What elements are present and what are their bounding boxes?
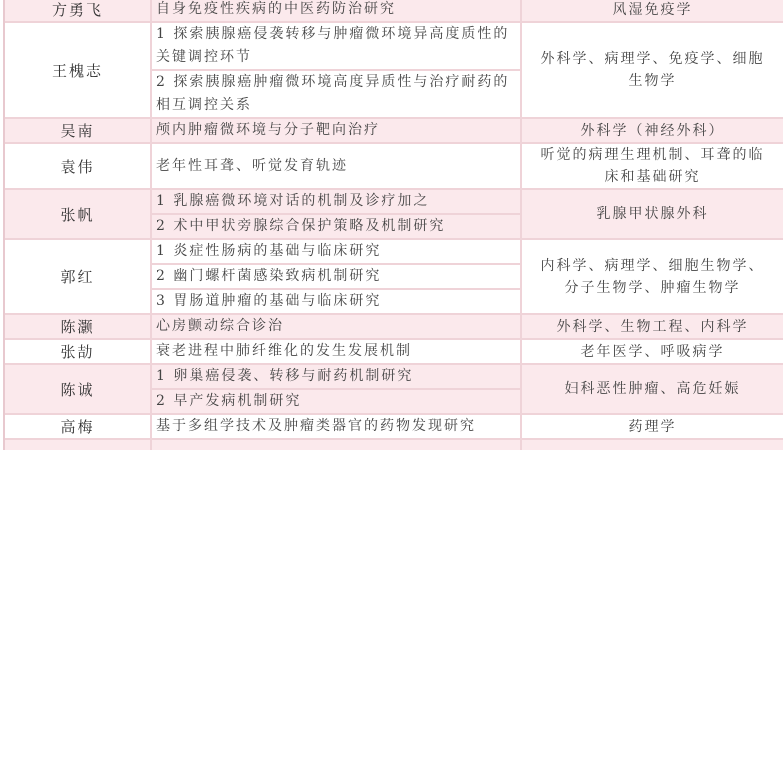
researcher-name: 王槐志 xyxy=(5,23,152,117)
table-row: 陈诚 1 卵巢癌侵袭、转移与耐药机制研究 2 早产发病机制研究 妇科恶性肿瘤、高… xyxy=(5,365,783,415)
research-topic: 自身免疫性疾病的中医药防治研究 xyxy=(152,0,520,21)
researcher-name: 陈诚 xyxy=(5,365,152,413)
research-topics: 1 卵巢癌侵袭、转移与耐药机制研究 2 早产发病机制研究 xyxy=(152,365,522,413)
discipline: 药理学 xyxy=(522,415,783,438)
research-topic: 1 探索胰腺癌侵袭转移与肿瘤微环境异高度质性的关键调控环节 xyxy=(152,23,520,69)
discipline: 听觉的病理生理机制、耳聋的临床和基础研究 xyxy=(522,144,783,188)
table-row: 袁伟 老年性耳聋、听觉发育轨迹 听觉的病理生理机制、耳聋的临床和基础研究 xyxy=(5,144,783,190)
research-topic: 2 探索胰腺癌肿瘤微环境高度异质性与治疗耐药的相互调控关系 xyxy=(152,69,520,117)
table-row: 王槐志 1 探索胰腺癌侵袭转移与肿瘤微环境异高度质性的关键调控环节 2 探索胰腺… xyxy=(5,23,783,119)
table-row: 高梅 基于多组学技术及肿瘤类器官的药物发现研究 药理学 xyxy=(5,415,783,440)
table-cell-empty xyxy=(152,440,522,450)
research-topics: 颅内肿瘤微环境与分子靶向治疗 xyxy=(152,119,522,142)
table-row: 张帆 1 乳腺癌微环境对话的机制及诊疗加之 2 术中甲状旁腺综合保护策略及机制研… xyxy=(5,190,783,240)
researcher-name: 张帆 xyxy=(5,190,152,238)
research-topic: 颅内肿瘤微环境与分子靶向治疗 xyxy=(152,119,520,142)
table-cell-empty xyxy=(522,440,783,450)
table-row: 张劼 衰老进程中肺纤维化的发生发展机制 老年医学、呼吸病学 xyxy=(5,340,783,365)
researcher-name: 方勇飞 xyxy=(5,0,152,21)
table-row: 郭红 1 炎症性肠病的基础与临床研究 2 幽门螺杆菌感染致病机制研究 3 胃肠道… xyxy=(5,240,783,315)
research-topics: 老年性耳聋、听觉发育轨迹 xyxy=(152,144,522,188)
table-cell-empty xyxy=(5,440,152,450)
table-row-partial xyxy=(5,440,783,450)
research-topic: 3 胃肠道肿瘤的基础与临床研究 xyxy=(152,288,520,313)
research-topics: 1 炎症性肠病的基础与临床研究 2 幽门螺杆菌感染致病机制研究 3 胃肠道肿瘤的… xyxy=(152,240,522,313)
research-topics: 心房颤动综合诊治 xyxy=(152,315,522,338)
discipline: 外科学、生物工程、内科学 xyxy=(522,315,783,338)
discipline: 外科学（神经外科） xyxy=(522,119,783,142)
research-topics: 自身免疫性疾病的中医药防治研究 xyxy=(152,0,522,21)
researcher-name: 袁伟 xyxy=(5,144,152,188)
table-row: 吴南 颅内肿瘤微环境与分子靶向治疗 外科学（神经外科） xyxy=(5,119,783,144)
discipline: 外科学、病理学、免疫学、细胞生物学 xyxy=(522,23,783,117)
research-topic: 基于多组学技术及肿瘤类器官的药物发现研究 xyxy=(152,415,520,438)
research-topics: 1 乳腺癌微环境对话的机制及诊疗加之 2 术中甲状旁腺综合保护策略及机制研究 xyxy=(152,190,522,238)
research-topic: 2 幽门螺杆菌感染致病机制研究 xyxy=(152,263,520,288)
researcher-name: 吴南 xyxy=(5,119,152,142)
research-topic: 心房颤动综合诊治 xyxy=(152,315,520,338)
discipline: 乳腺甲状腺外科 xyxy=(522,190,783,238)
researcher-name: 郭红 xyxy=(5,240,152,313)
table-row: 陈灏 心房颤动综合诊治 外科学、生物工程、内科学 xyxy=(5,315,783,340)
researcher-name: 张劼 xyxy=(5,340,152,363)
discipline: 老年医学、呼吸病学 xyxy=(522,340,783,363)
research-topic: 衰老进程中肺纤维化的发生发展机制 xyxy=(152,340,520,363)
research-table: 方勇飞 自身免疫性疾病的中医药防治研究 风湿免疫学 王槐志 1 探索胰腺癌侵袭转… xyxy=(3,0,783,450)
research-topic: 1 乳腺癌微环境对话的机制及诊疗加之 xyxy=(152,190,520,213)
researcher-name: 高梅 xyxy=(5,415,152,438)
discipline: 风湿免疫学 xyxy=(522,0,783,21)
research-topic: 1 炎症性肠病的基础与临床研究 xyxy=(152,240,520,263)
discipline: 妇科恶性肿瘤、高危妊娠 xyxy=(522,365,783,413)
research-topics: 1 探索胰腺癌侵袭转移与肿瘤微环境异高度质性的关键调控环节 2 探索胰腺癌肿瘤微… xyxy=(152,23,522,117)
research-topic: 2 术中甲状旁腺综合保护策略及机制研究 xyxy=(152,213,520,238)
research-topics: 基于多组学技术及肿瘤类器官的药物发现研究 xyxy=(152,415,522,438)
research-topic: 老年性耳聋、听觉发育轨迹 xyxy=(152,144,520,188)
discipline: 内科学、病理学、细胞生物学、分子生物学、肿瘤生物学 xyxy=(522,240,783,313)
research-topic: 2 早产发病机制研究 xyxy=(152,388,520,413)
table-row: 方勇飞 自身免疫性疾病的中医药防治研究 风湿免疫学 xyxy=(5,0,783,23)
research-topics: 衰老进程中肺纤维化的发生发展机制 xyxy=(152,340,522,363)
research-topic: 1 卵巢癌侵袭、转移与耐药机制研究 xyxy=(152,365,520,388)
researcher-name: 陈灏 xyxy=(5,315,152,338)
